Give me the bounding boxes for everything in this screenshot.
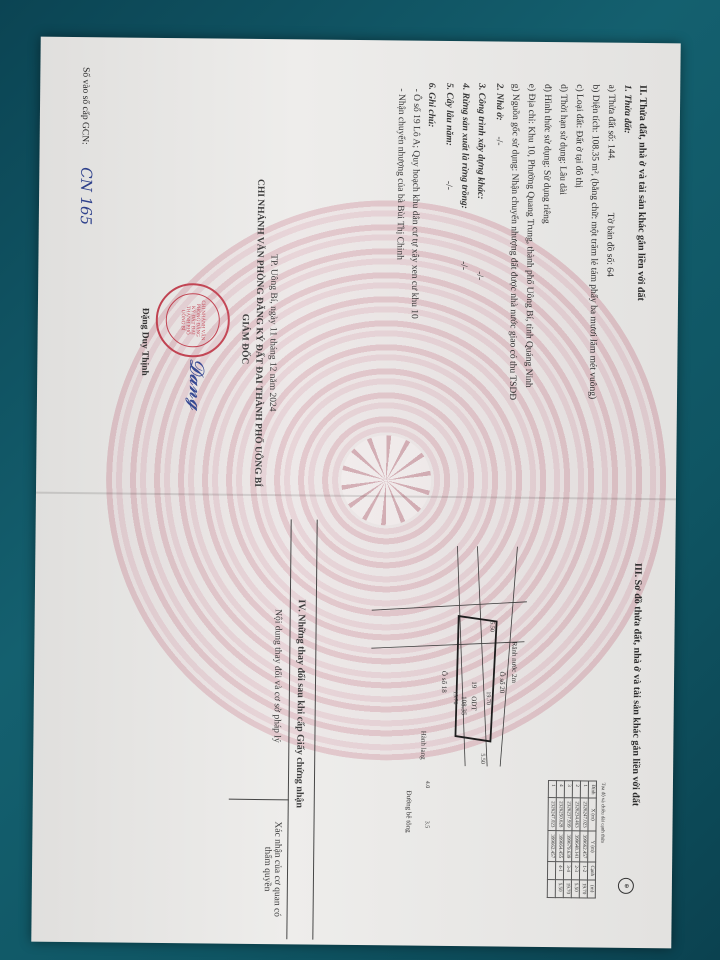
parcel-number: a) Thửa đất số: 144. [605,85,616,161]
label-road: Đường bê tông [404,791,412,833]
address: e) Địa chỉ: Khu 10, Phường Quang Trung, … [523,84,536,388]
map-sheet-number: Tờ bản đồ số: 64 [604,213,615,277]
label-left-neighbor: Ô số 18 [440,671,448,693]
registry-number: CN 165 [77,167,96,225]
section-iii-iv: III. Sơ đồ thửa đất, nhà ở và tài sản kh… [53,517,647,943]
notes-heading: 6. Ghi chú: [426,83,436,128]
perennial-value: -/- [443,181,453,190]
other-construction-value: -/- [474,271,484,280]
house-label: 2. Nhà ở: [494,83,504,120]
coord-table: Đỉnh X (m) Y (m) Cạnh (m) 12326247.02339… [547,780,597,898]
table-row: 12326247.023399662.4571-219.70 [579,781,588,898]
section-iv-divider [311,520,317,940]
table-row: 32326237.939399679.6393-419.70 [563,781,572,898]
land-type: c) Loại đất: Đất ở tại đô thị [573,84,584,188]
place-date: TP. Uông Bí, ngày 11 tháng 12 năm 2024 [267,254,279,412]
signer-name: Đặng Duy Thịnh [139,308,150,376]
label-plot-id: 19 [470,681,478,688]
table-row: 12326247.023399662.457 [547,781,556,898]
parcel-heading: 1. Thửa đất: [622,85,633,134]
coord-header-row: Đỉnh X (m) Y (m) Cạnh (m) [587,781,596,898]
dim-side-left: 19.70 [452,691,458,705]
dim-side-right: 19.70 [485,691,491,705]
issuing-office: CHI NHÁNH VĂN PHÒNG ĐĂNG KÝ ĐẤT ĐAI THÀN… [252,179,265,487]
usage-term: d) Thời hạn sử dụng: Lâu dài [557,84,568,195]
dim-a: 3.5 [423,821,429,829]
table-row: 42326250.628399664.4554-15.50 [555,781,564,898]
changes-col-confirmation: Xác nhận của cơ quan có thẩm quyền [262,819,283,919]
dim-b: 4.0 [424,781,430,789]
forest-value: -/- [458,261,468,270]
signer-position: GIÁM ĐỐC [239,314,250,365]
section-ii-title: II. Thửa đất, nhà ở và tài sản khác gắn … [635,85,648,301]
section-iv-title: IV. Những thay đổi sau khi cấp Giấy chứn… [294,599,307,808]
other-construction-label: 3. Công trình xây dựng khác: [475,83,486,199]
house-value: -/- [494,136,504,145]
note-2: - Nhận chuyển nhượng của bà Bùi Thị Chin… [394,88,406,260]
coord-table-title: Tọa độ và chiều dài cạnh thửa [599,783,605,843]
signature-mark: 𝓓𝓪𝓷𝓰 [185,358,210,410]
official-stamp: CHI NHÁNH VĂN PHÒNG ĐĂNG KÝ ĐẤT ĐAI THÀN… [155,283,230,358]
label-plot-area: 108.35 [460,696,468,715]
registry-label: Số vào sổ cấp GCN: [80,67,91,145]
land-certificate-page: II. Thửa đất, nhà ở và tài sản khác gắn … [31,37,680,949]
origin-of-use: g) Nguồn gốc sử dụng: Nhận chuyển nhượng… [507,84,520,401]
north-arrow-icon: ⊕ [618,878,634,894]
label-right-neighbor: Ô số 20 [498,671,506,693]
note-1: - Ô số 19 Lô A; Quy hoạch khu dân cư tự … [409,89,421,319]
section-iii-title: III. Sơ đồ thửa đất, nhà ở và tài sản kh… [630,563,644,806]
usage-form: đ) Hình thức sử dụng: Sử dụng riêng [541,84,552,224]
label-plot-type: ODT [470,696,478,710]
dim-side-bottom: 5.50 [489,621,495,632]
changes-col-content: Nội dung thay đổi và cơ sở pháp lý [271,609,282,743]
area: b) Diện tích: 108.35 m², (bằng chữ: một … [587,84,600,399]
label-corridor: Hành lang [419,731,427,760]
forest-label: 4. Rừng sản xuất là rừng trồng: [459,83,470,209]
perennial-label: 5. Cây lâu năm: [444,83,455,146]
label-drain: Rãnh nước 2m [510,642,518,683]
dim-side-top: 5.50 [479,753,485,764]
table-row: 22326234.463399648.1412-35.50 [571,781,580,898]
